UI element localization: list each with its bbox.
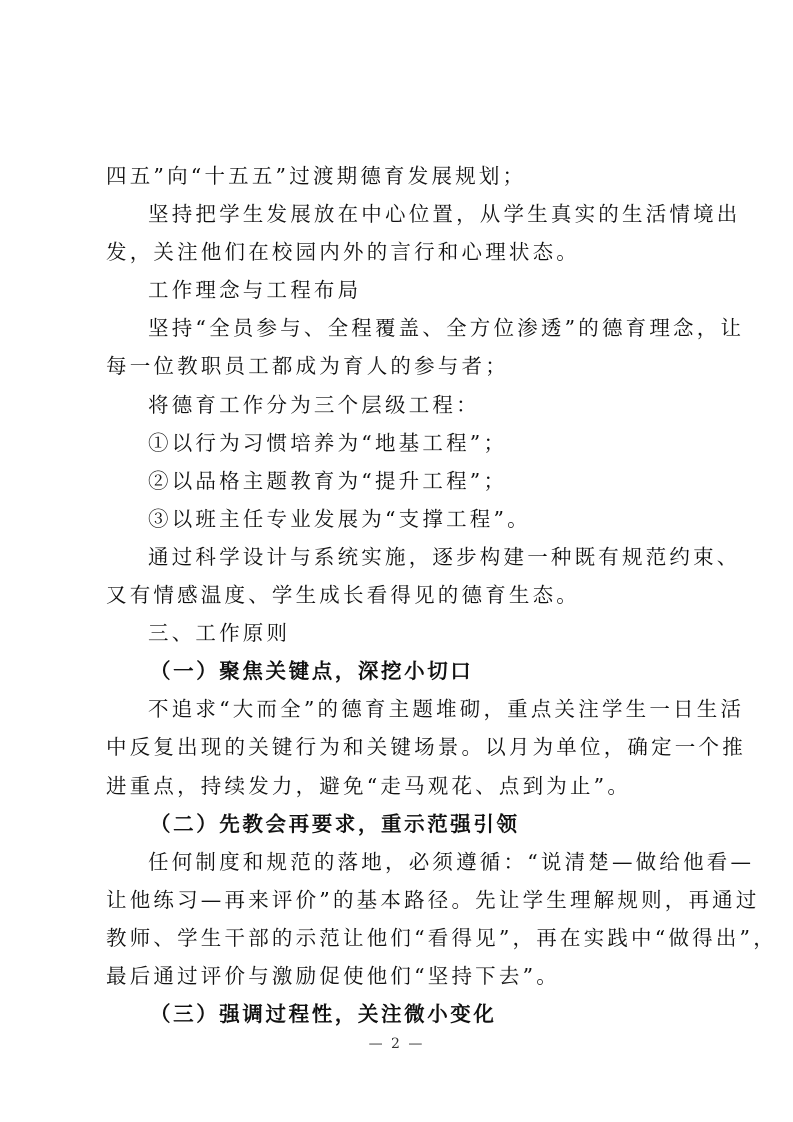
text-line: 不追求“大而全”的德育主题堆砌，重点关注学生一日生活 (106, 690, 690, 728)
page-number: — 2 — (0, 1036, 793, 1052)
text-line: 每一位教职员工都成为育人的参与者； (106, 347, 690, 385)
text-line: 坚持把学生发展放在中心位置，从学生真实的生活情境出 (106, 195, 690, 233)
text-line: 通过科学设计与系统实施，逐步构建一种既有规范约束、 (106, 538, 690, 576)
text-line: 又有情感温度、学生成长看得见的德育生态。 (106, 576, 690, 614)
text-line: 进重点，持续发力，避免“走马观花、点到为止”。 (106, 767, 690, 805)
section-heading: 三、工作原则 (106, 614, 690, 652)
text-line: 坚持“全员参与、全程覆盖、全方位渗透”的德育理念，让 (106, 309, 690, 347)
document-page: 四五”向“十五五”过渡期德育发展规划； 坚持把学生发展放在中心位置，从学生真实的… (106, 157, 690, 1033)
text-line: 中反复出现的关键行为和关键场景。以月为单位，确定一个推 (106, 728, 690, 766)
list-item: ③以班主任专业发展为“支撑工程”。 (106, 500, 690, 538)
text-line: 任何制度和规范的落地，必须遵循：“说清楚—做给他看— (106, 843, 690, 881)
subheading: 工作理念与工程布局 (106, 271, 690, 309)
subsection-heading: （二）先教会再要求，重示范强引领 (106, 805, 690, 843)
subsection-heading: （三）强调过程性，关注微小变化 (106, 995, 690, 1033)
text-line: 将德育工作分为三个层级工程： (106, 386, 690, 424)
list-item: ②以品格主题教育为“提升工程”； (106, 462, 690, 500)
text-line: 教师、学生干部的示范让他们“看得见”，再在实践中“做得出”， (106, 919, 690, 957)
subsection-heading: （一）聚焦关键点，深挖小切口 (106, 652, 690, 690)
text-line: 让他练习—再来评价”的基本路径。先让学生理解规则，再通过 (106, 881, 690, 919)
text-line: 最后通过评价与激励促使他们“坚持下去”。 (106, 957, 690, 995)
text-line: 发，关注他们在校园内外的言行和心理状态。 (106, 233, 690, 271)
text-line: 四五”向“十五五”过渡期德育发展规划； (106, 157, 690, 195)
list-item: ①以行为习惯培养为“地基工程”； (106, 424, 690, 462)
